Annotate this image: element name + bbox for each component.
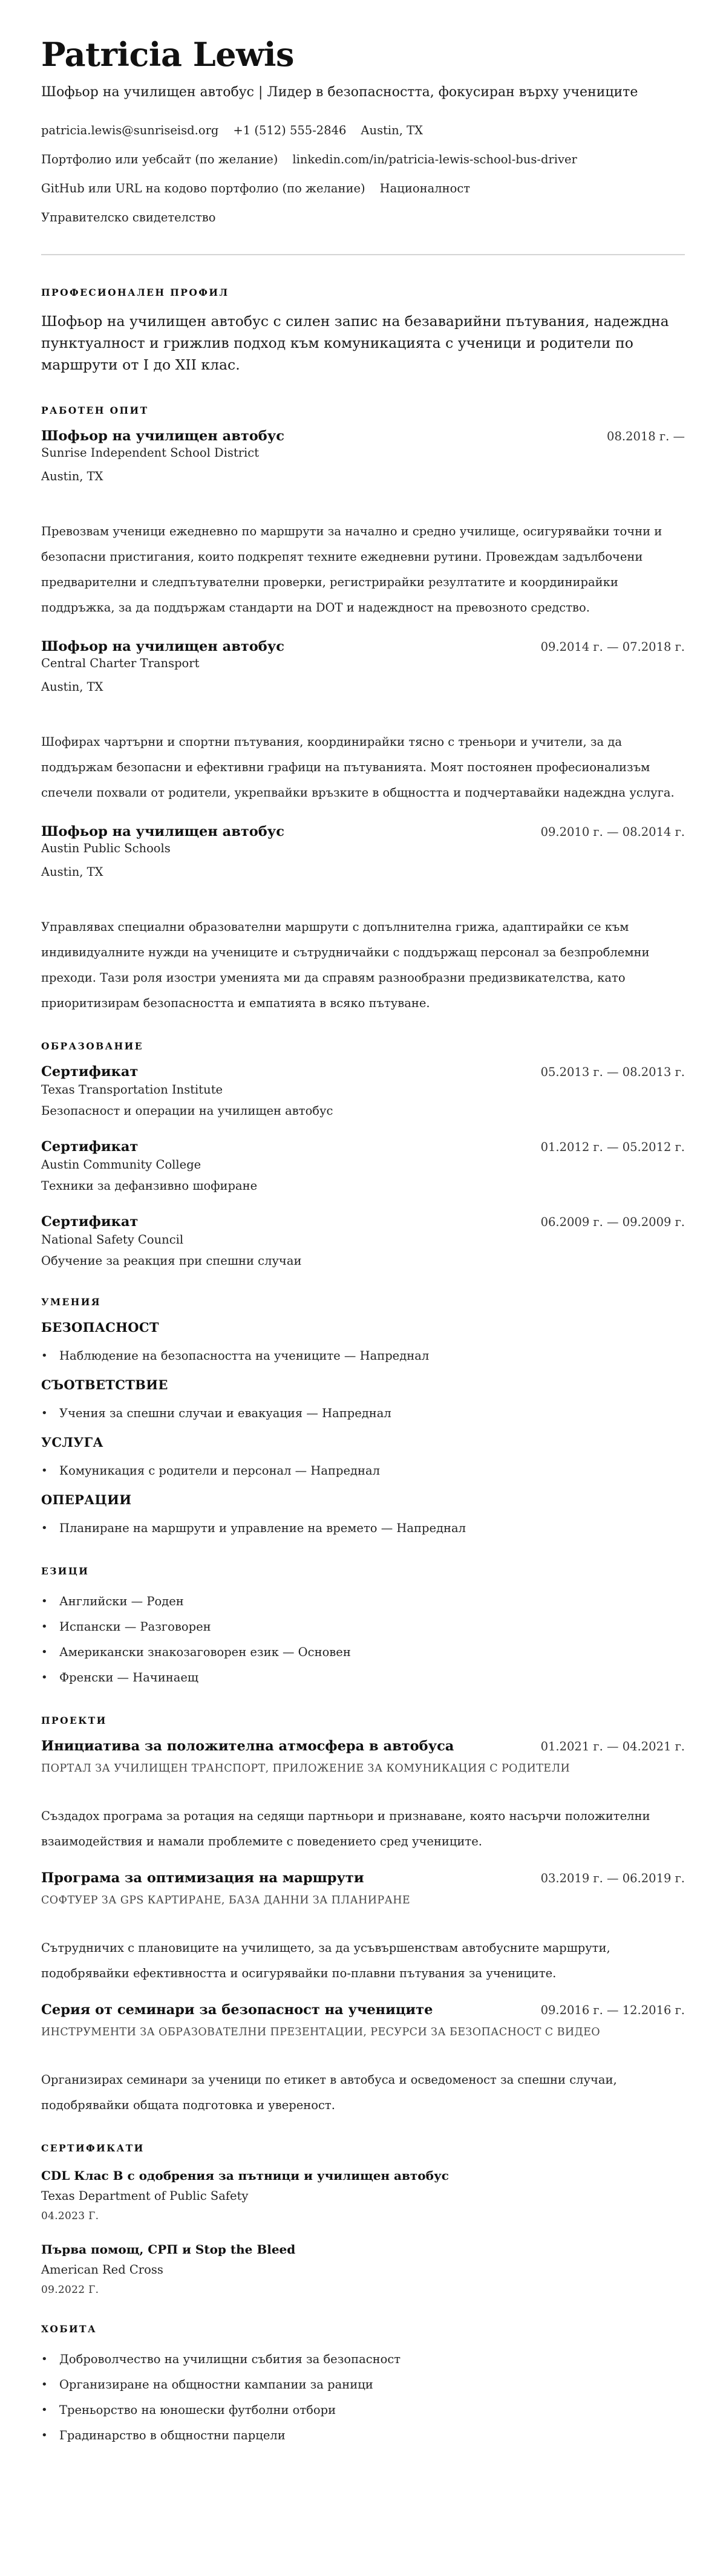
institution: National Safety Council [41,1230,685,1250]
job-dates: 09.2014 г. — 07.2018 г. [541,640,685,654]
education-dates: 06.2009 г. — 09.2009 г. [541,1215,685,1229]
certifications-section: Сертификати CDL Клас B с одобрения за пъ… [41,2142,685,2299]
project-description: Сътрудничих с плановиците на училището, … [41,1935,685,1986]
certification-issuer: American Red Cross [41,2259,685,2281]
section-title: Проекти [41,1715,685,1726]
education-dates: 05.2013 г. — 08.2013 г. [541,1065,685,1079]
section-title: Професионален профил [41,287,685,298]
job-company: Central Charter Transport [41,654,685,673]
languages-section: Езици Английски — РоденИспански — Разгов… [41,1565,685,1691]
hobbies-list: Доброволчество на училищни събития за бе… [41,2347,685,2448]
skills-list: БезопасностНаблюдение на безопасността н… [41,1320,685,1541]
project-dates: 01.2021 г. — 04.2021 г. [541,1740,685,1753]
skill-group: БезопасностНаблюдение на безопасността н… [41,1320,685,1369]
project-title: Програма за оптимизация на маршрути [41,1870,364,1886]
resume-page: Patricia Lewis Шофьор на училищен автобу… [0,0,726,2509]
summary-section: Професионален профил Шофьор на училищен … [41,287,685,376]
section-title: Сертификати [41,2142,685,2154]
hobbies-section: Хобита Доброволчество на училищни събити… [41,2323,685,2448]
education-entry: Сертификат06.2009 г. — 09.2009 г.Nationa… [41,1214,685,1272]
summary-text: Шофьор на училищен автобус с силен запис… [41,310,685,376]
nationality: Националност [380,181,470,195]
skill-category: Услуга [41,1435,685,1450]
job-description: Управлявах специални образователни маршр… [41,915,685,1016]
certification-entry: CDL Клас B с одобрения за пътници и учил… [41,2166,685,2225]
language-item: Американски знакозаговорен език — Основе… [41,1640,685,1665]
portfolio-link[interactable]: Портфолио или уебсайт (по желание) [41,152,278,166]
linkedin-link[interactable]: linkedin.com/in/patricia-lewis-school-bu… [292,152,577,166]
job-header: Шофьор на училищен автобус09.2010 г. — 0… [41,824,685,840]
project-entry: Инициатива за положителна атмосфера в ав… [41,1738,685,1854]
certification-issuer: Texas Department of Public Safety [41,2185,685,2207]
job-description: Шофирах чартърни и спортни пътувания, ко… [41,729,685,806]
github-link[interactable]: GitHub или URL на кодово портфолио (по ж… [41,181,365,195]
job-entry: Шофьор на училищен автобус08.2018 г. —Su… [41,428,685,621]
certification-date: 04.2023 г. [41,2207,685,2225]
institution: Austin Community College [41,1155,685,1175]
field-of-study: Безопасност и операции на училищен автоб… [41,1100,685,1122]
skill-item: Учения за спешни случаи и евакуация — На… [41,1401,685,1426]
skill-item: Планиране на маршрути и управление на вр… [41,1516,685,1541]
skill-group: СъответствиеУчения за спешни случаи и ев… [41,1377,685,1426]
language-item: Испански — Разговорен [41,1614,685,1640]
degree: Сертификат [41,1139,138,1155]
project-header: Програма за оптимизация на маршрути03.20… [41,1870,685,1886]
section-title: Умения [41,1296,685,1308]
job-entry: Шофьор на училищен автобус09.2014 г. — 0… [41,639,685,806]
project-description: Създадох програма за ротация на седящи п… [41,1804,685,1854]
degree: Сертификат [41,1214,138,1230]
education-list: Сертификат05.2013 г. — 08.2013 г.Texas T… [41,1064,685,1272]
section-title: Хобита [41,2323,685,2335]
project-title: Инициатива за положителна атмосфера в ав… [41,1738,454,1754]
skill-items: Учения за спешни случаи и евакуация — На… [41,1401,685,1426]
job-location: Austin, TX [41,673,685,702]
job-title: Шофьор на училищен автобус [41,639,284,654]
project-title: Серия от семинари за безопасност на учен… [41,2002,433,2018]
project-header: Серия от семинари за безопасност на учен… [41,2002,685,2018]
job-description: Превозвам ученици ежедневно по маршрути … [41,519,685,621]
certification-name: Първа помощ, СРП и Stop the Bleed [41,2240,685,2259]
hobby-item: Доброволчество на училищни събития за бе… [41,2347,685,2372]
hobby-item: Градинарство в общностни парцели [41,2423,685,2448]
job-location: Austin, TX [41,858,685,887]
certification-entry: Първа помощ, СРП и Stop the BleedAmerica… [41,2240,685,2299]
education-entry: Сертификат01.2012 г. — 05.2012 г.Austin … [41,1139,685,1197]
field-of-study: Обучение за реакция при спешни случаи [41,1250,685,1272]
certification-name: CDL Клас B с одобрения за пътници и учил… [41,2166,685,2185]
email[interactable]: patricia.lewis@sunriseisd.org [41,123,218,137]
projects-list: Инициатива за положителна атмосфера в ав… [41,1738,685,2118]
project-dates: 09.2016 г. — 12.2016 г. [541,2003,685,2017]
skill-category: Операции [41,1492,685,1507]
project-technologies: Инструменти за образователни презентации… [41,2026,685,2038]
projects-section: Проекти Инициатива за положителна атмосф… [41,1715,685,2118]
skill-items: Планиране на маршрути и управление на вр… [41,1516,685,1541]
certifications-list: CDL Клас B с одобрения за пътници и учил… [41,2166,685,2299]
skill-group: ОперацииПланиране на маршрути и управлен… [41,1492,685,1541]
candidate-name: Patricia Lewis [41,35,685,74]
skill-item: Комуникация с родители и персонал — Напр… [41,1458,685,1484]
experience-section: Работен опит Шофьор на училищен автобус0… [41,405,685,1016]
project-technologies: Портал за училищен транспорт, Приложение… [41,1762,685,1775]
project-dates: 03.2019 г. — 06.2019 г. [541,1871,685,1885]
hobby-item: Треньорство на юношески футболни отбори [41,2398,685,2423]
skill-category: Съответствие [41,1377,685,1392]
job-dates: 08.2018 г. — [607,429,685,443]
skill-category: Безопасност [41,1320,685,1335]
job-company: Austin Public Schools [41,840,685,858]
education-entry: Сертификат05.2013 г. — 08.2013 г.Texas T… [41,1064,685,1122]
hobby-item: Организиране на общностни кампании за ра… [41,2372,685,2398]
degree: Сертификат [41,1064,138,1080]
experience-list: Шофьор на училищен автобус08.2018 г. —Su… [41,428,685,1016]
job-header: Шофьор на училищен автобус08.2018 г. — [41,428,685,444]
section-title: Образование [41,1040,685,1052]
contact-info: patricia.lewis@sunriseisd.org+1 (512) 55… [41,116,685,232]
job-location: Austin, TX [41,462,685,491]
language-item: Английски — Роден [41,1589,685,1614]
headline: Шофьор на училищен автобус | Лидер в без… [41,81,685,104]
field-of-study: Техники за дефанзивно шофиране [41,1175,685,1197]
skill-item: Наблюдение на безопасността на учениците… [41,1343,685,1369]
education-section: Образование Сертификат05.2013 г. — 08.20… [41,1040,685,1272]
skill-group: УслугаКомуникация с родители и персонал … [41,1435,685,1484]
language-item: Френски — Начинаещ [41,1665,685,1691]
contact-row: Портфолио или уебсайт (по желание)linked… [41,145,685,174]
project-technologies: Софтуер за GPS картиране, База данни за … [41,1894,685,1906]
education-header: Сертификат05.2013 г. — 08.2013 г. [41,1064,685,1080]
job-dates: 09.2010 г. — 08.2014 г. [541,825,685,839]
resume-header: Patricia Lewis Шофьор на училищен автобу… [41,35,685,232]
location: Austin, TX [361,123,423,137]
job-title: Шофьор на училищен автобус [41,824,284,840]
driving-license: Управителско свидетелство [41,210,216,224]
job-company: Sunrise Independent School District [41,444,685,462]
phone[interactable]: +1 (512) 555-2846 [233,123,346,137]
skill-items: Наблюдение на безопасността на учениците… [41,1343,685,1369]
section-title: Езици [41,1565,685,1577]
education-header: Сертификат06.2009 г. — 09.2009 г. [41,1214,685,1230]
skill-items: Комуникация с родители и персонал — Напр… [41,1458,685,1484]
project-description: Организирах семинари за ученици по етике… [41,2067,685,2118]
project-entry: Серия от семинари за безопасност на учен… [41,2002,685,2118]
contact-row: patricia.lewis@sunriseisd.org+1 (512) 55… [41,116,685,145]
section-title: Работен опит [41,405,685,416]
education-header: Сертификат01.2012 г. — 05.2012 г. [41,1139,685,1155]
contact-row: GitHub или URL на кодово портфолио (по ж… [41,174,685,203]
languages-list: Английски — РоденИспански — РазговоренАм… [41,1589,685,1691]
skills-section: Умения БезопасностНаблюдение на безопасн… [41,1296,685,1541]
certification-date: 09.2022 г. [41,2281,685,2299]
job-title: Шофьор на училищен автобус [41,428,284,444]
contact-row: Управителско свидетелство [41,203,685,232]
job-entry: Шофьор на училищен автобус09.2010 г. — 0… [41,824,685,1016]
job-header: Шофьор на училищен автобус09.2014 г. — 0… [41,639,685,654]
education-dates: 01.2012 г. — 05.2012 г. [541,1140,685,1154]
header-divider [41,254,685,255]
institution: Texas Transportation Institute [41,1080,685,1100]
project-header: Инициатива за положителна атмосфера в ав… [41,1738,685,1754]
project-entry: Програма за оптимизация на маршрути03.20… [41,1870,685,1986]
